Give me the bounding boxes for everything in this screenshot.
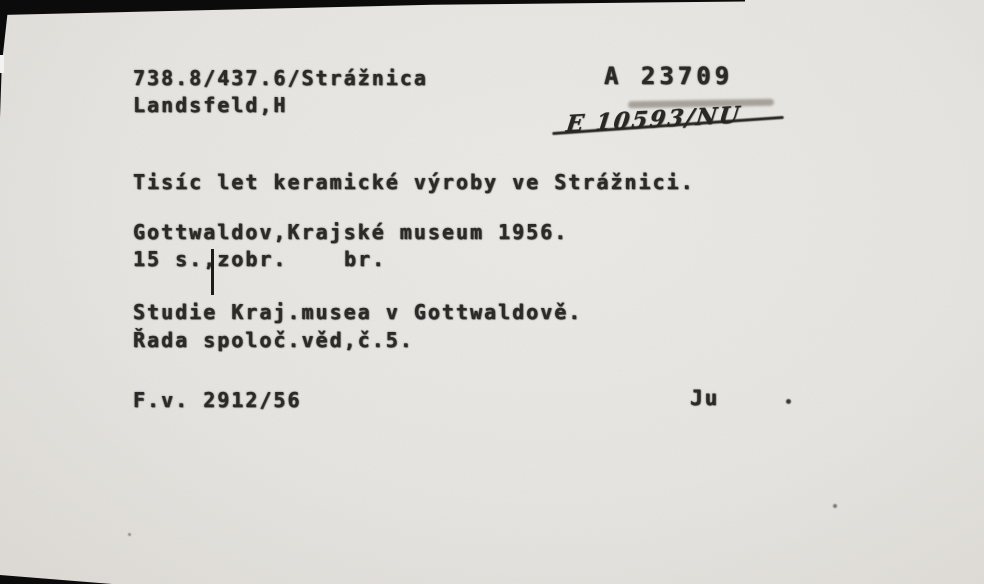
author-line: Landsfeld,H [133,93,287,117]
scan-edge-notch [0,55,4,73]
imprint-line: Gottwaldov,Krajské museum 1956. [133,220,568,244]
call-number: 738.8/437.6/Strážnica [133,66,428,90]
series-subline: Řada spoloč.věd,č.5. [133,328,414,352]
scan-edge-top [0,0,745,15]
scan-edge-bottom-left [0,575,112,584]
accession-number: A 23709 [604,62,733,90]
ink-dot [786,399,791,404]
paper-speck [128,533,131,536]
cataloguer-initials: Ju [690,386,719,410]
pen-mark [211,249,214,295]
series-line: Studie Kraj.musea v Gottwaldově. [133,300,582,324]
title-line: Tisíc let keramické výroby ve Strážnici. [133,170,695,194]
binding-note: br. [344,247,386,271]
record-number: F.v. 2912/56 [133,388,302,412]
paper-speck [833,504,837,508]
catalog-card-scan: 738.8/437.6/Strážnica Landsfeld,H A 2370… [0,0,984,584]
